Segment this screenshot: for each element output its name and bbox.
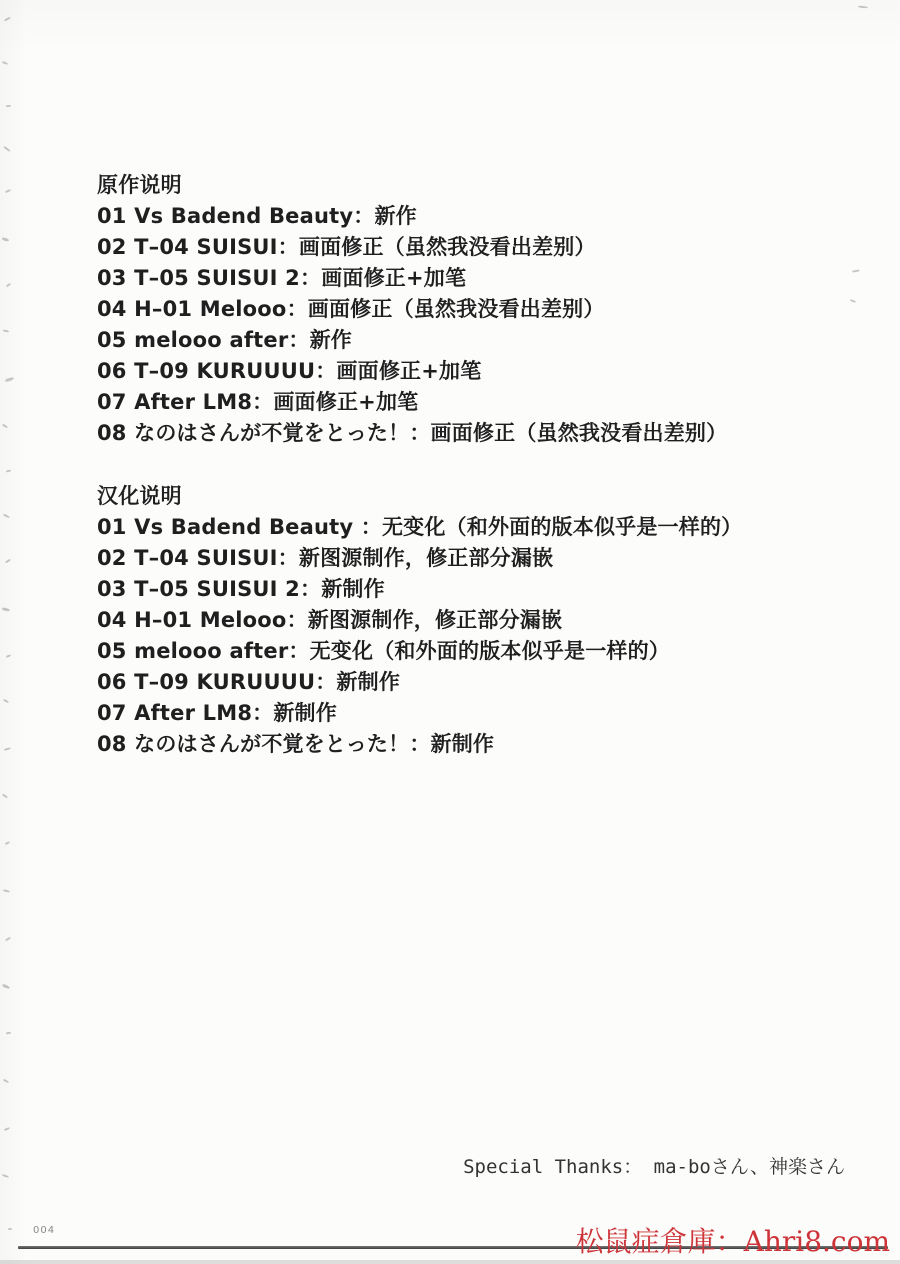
special-thanks-line: Special Thanks： ma-boさん、神楽さん [463, 1152, 845, 1183]
scan-artifact-mark [4, 1127, 10, 1131]
note-line: 04 H–01 Melooo：画面修正（虽然我没看出差别） [97, 294, 727, 325]
note-line: 01 Vs Badend Beauty：新作 [97, 201, 727, 232]
note-line: 08 なのはさんが不覚をとった！：新制作 [97, 729, 742, 760]
scan-artifact-mark [5, 377, 14, 383]
scan-artifact-mark [5, 189, 11, 193]
note-line: 04 H–01 Melooo：新图源制作，修正部分漏嵌 [97, 605, 742, 636]
scan-artifact-mark [3, 329, 9, 332]
note-line: 07 After LM8：画面修正+加笔 [97, 387, 727, 418]
scan-artifact-mark [3, 699, 9, 704]
scan-artifact-mark [6, 105, 11, 108]
original-notes-section: 原作说明 01 Vs Badend Beauty：新作 02 T–04 SUIS… [97, 170, 727, 449]
note-line: 07 After LM8：新制作 [97, 698, 742, 729]
localization-notes-title: 汉化说明 [97, 481, 742, 512]
scan-artifact-mark [2, 237, 10, 242]
scan-artifact-mark [850, 299, 856, 303]
scan-artifact-mark [4, 16, 11, 21]
watermark-text: 松鼠症倉庫：Ahri8.com [576, 1226, 890, 1258]
scan-artifact-mark [6, 1032, 11, 1035]
scan-artifact-mark [2, 61, 8, 65]
scan-artifact-mark [2, 794, 8, 799]
note-line: 06 T–09 KURUUUU：画面修正+加笔 [97, 356, 727, 387]
scan-artifact-mark [6, 283, 11, 288]
scan-artifact-mark [3, 514, 10, 519]
note-line: 03 T–05 SUISUI 2：新制作 [97, 574, 742, 605]
scan-artifact-mark [858, 6, 868, 9]
scan-artifact-mark [3, 146, 11, 152]
scan-artifact-mark [2, 1174, 9, 1178]
note-line: 02 T–04 SUISUI：画面修正（虽然我没看出差别） [97, 232, 727, 263]
localization-notes-section: 汉化说明 01 Vs Badend Beauty ：无变化（和外面的版本似乎是一… [97, 481, 742, 760]
note-line: 08 なのはさんが不覚をとった！：画面修正（虽然我没看出差别） [97, 418, 727, 449]
scan-artifact-mark [3, 889, 10, 893]
scan-artifact-mark [5, 937, 11, 942]
scan-artifact-mark [6, 654, 11, 658]
scan-artifact-mark [2, 607, 10, 612]
scan-artifact-mark [3, 1079, 9, 1083]
note-line: 02 T–04 SUISUI：新图源制作，修正部分漏嵌 [97, 543, 742, 574]
scan-artifact-mark [2, 984, 11, 990]
scan-artifact-mark [2, 424, 8, 429]
note-line: 01 Vs Badend Beauty ：无变化（和外面的版本似乎是一样的） [97, 512, 742, 543]
scan-artifact-mark [852, 269, 860, 273]
scan-artifact-mark [5, 558, 11, 563]
note-line: 06 T–09 KURUUUU：新制作 [97, 667, 742, 698]
scan-artifact-mark [5, 841, 10, 845]
page-number: 004 [33, 1225, 55, 1236]
note-line: 05 melooo after：新作 [97, 325, 727, 356]
page-bottom-edge-shadow [0, 1260, 900, 1264]
note-line: 03 T–05 SUISUI 2：画面修正+加笔 [97, 263, 727, 294]
scanned-page: 原作说明 01 Vs Badend Beauty：新作 02 T–04 SUIS… [0, 0, 900, 1264]
note-line: 05 melooo after：无变化（和外面的版本似乎是一样的） [97, 636, 742, 667]
scan-artifact-mark [8, 1228, 12, 1231]
scan-artifact-mark [6, 469, 11, 472]
original-notes-title: 原作说明 [97, 170, 727, 201]
scan-artifact-mark [4, 747, 11, 751]
